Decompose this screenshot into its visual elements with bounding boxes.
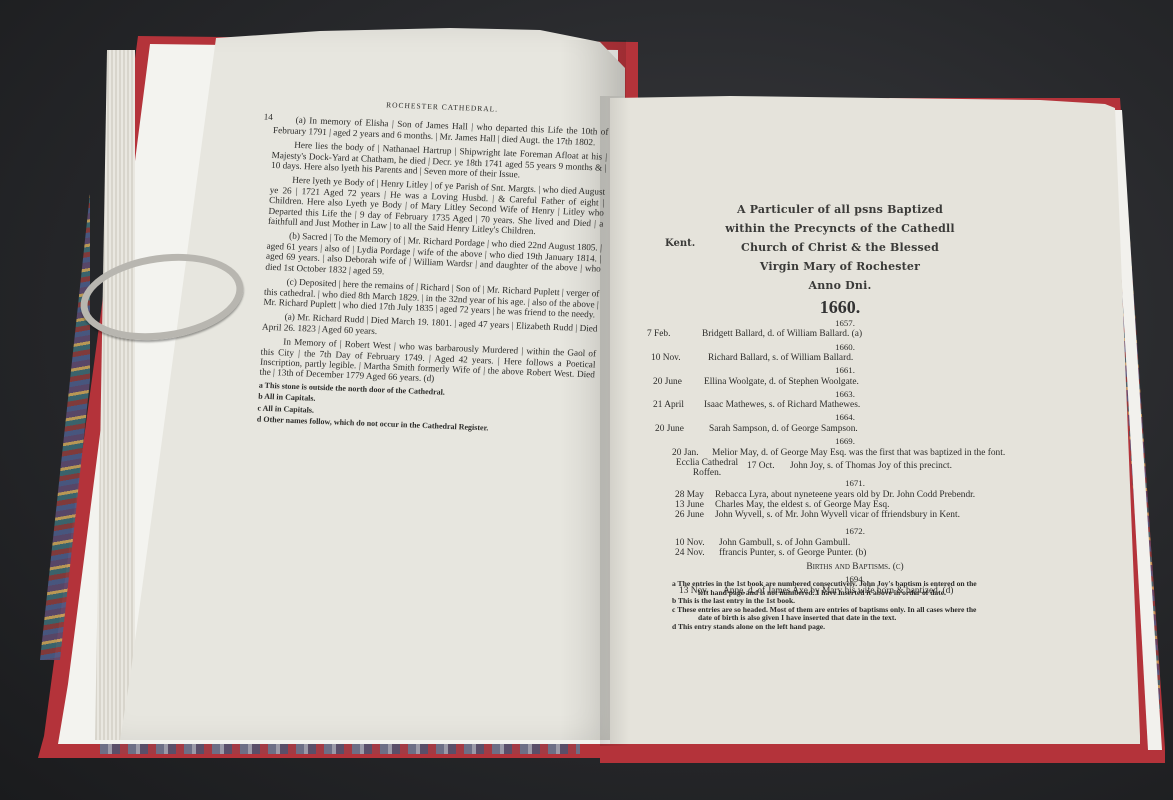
year-heading: 1660.	[655, 342, 1035, 352]
year-heading: 1671.	[665, 478, 1045, 488]
inscription-paragraph: Here lyeth ye Body of | Henry Litley | o…	[268, 174, 606, 239]
entry-date: 28 May	[675, 490, 715, 500]
entry-text: John Wyvell, s. of Mr. John Wyvell vicar…	[715, 510, 960, 520]
year-heading: 1661.	[655, 365, 1035, 375]
year-heading: 1669.	[655, 436, 1035, 446]
entry-date: 10 Nov.	[651, 353, 708, 363]
entry-date: 20 June	[653, 377, 704, 387]
section-heading: Births and Baptisms. (c)	[665, 562, 1045, 572]
side-label: Kent.	[665, 238, 695, 249]
register-entry: 10 Nov.Richard Ballard, s. of William Ba…	[651, 353, 853, 363]
entry-text: ffrancis Punter, s. of George Punter. (b…	[719, 548, 866, 558]
register-entry: 13 JuneCharles May, the eldest s. of Geo…	[675, 500, 889, 510]
inscription-paragraph: (b) Sacred | To the Memory of | Mr. Rich…	[265, 230, 602, 284]
entry-text: Bridgett Ballard, d. of William Ballard.…	[702, 329, 862, 339]
entry-text: Richard Ballard, s. of William Ballard.	[708, 353, 853, 363]
left-page-text: 14 ROCHESTER CATHEDRAL. (a) In memory of…	[257, 96, 610, 437]
register-entry: 20 JuneEllina Woolgate, d. of Stephen Wo…	[653, 377, 859, 387]
register-entry: 17 Oct.John Joy, s. of Thomas Joy of thi…	[747, 461, 952, 471]
right-page-title-block: Kent. A Particuler of all psns Baptized …	[655, 200, 1025, 318]
entry-date: 10 Nov.	[675, 538, 719, 548]
year-heading: 1664.	[655, 412, 1035, 422]
register-entry: 10 Nov.John Gambull, s. of John Gambull.	[675, 538, 850, 548]
entry-text: Rebacca Lyra, about nyneteene years old …	[715, 490, 975, 500]
register-entry: 24 Nov.ffrancis Punter, s. of George Pun…	[675, 548, 866, 558]
entry-text: John Gambull, s. of John Gambull.	[719, 538, 850, 548]
entry-date: 21 April	[653, 400, 704, 410]
title-line: A Particuler of all psns Baptized	[655, 200, 1025, 219]
year-heading: 1657.	[655, 318, 1035, 328]
entry-text: Isaac Mathewes, s. of Richard Mathewes.	[704, 400, 860, 410]
entry-date: 24 Nov.	[675, 548, 719, 558]
page-number: 14	[264, 112, 274, 123]
title-line: Church of Christ & the Blessed	[655, 238, 1025, 257]
register-entry: 20 JuneSarah Sampson, d. of George Samps…	[655, 424, 858, 434]
title-line: Anno Dni.	[655, 276, 1025, 295]
register-entry: 7 Feb.Bridgett Ballard, d. of William Ba…	[647, 329, 862, 339]
title-year: 1660.	[655, 297, 1025, 318]
register-entry: 21 AprilIsaac Mathewes, s. of Richard Ma…	[653, 400, 860, 410]
entry-text: Sarah Sampson, d. of George Sampson.	[709, 424, 858, 434]
entry-date: 26 June	[675, 510, 715, 520]
margin-note: Ecclia Cathedral Roffen.	[672, 458, 742, 478]
entry-date: 17 Oct.	[747, 461, 790, 471]
title-line: within the Precyncts of the Cathedll	[655, 219, 1025, 238]
entry-text: Ellina Woolgate, d. of Stephen Woolgate.	[704, 377, 859, 387]
entry-text: John Joy, s. of Thomas Joy of this preci…	[790, 461, 952, 471]
entry-date: 7 Feb.	[647, 329, 702, 339]
right-page-footnotes: a The entries in the 1st book are number…	[672, 580, 1017, 632]
year-heading: 1663.	[655, 389, 1035, 399]
year-heading: 1672.	[665, 526, 1045, 536]
entry-date: 20 Jan.	[672, 448, 712, 458]
entry-text: Melior May, d. of George May Esq. was th…	[712, 448, 1005, 458]
title-line: Virgin Mary of Rochester	[655, 257, 1025, 276]
register-entry: 26 JuneJohn Wyvell, s. of Mr. John Wyvel…	[675, 510, 960, 520]
entry-date: 13 June	[675, 500, 715, 510]
entry-date: 20 June	[655, 424, 709, 434]
register-entry: 20 Jan.Melior May, d. of George May Esq.…	[672, 448, 1005, 458]
entry-text: Charles May, the eldest s. of George May…	[715, 500, 889, 510]
footnote: d This entry stands alone on the left ha…	[672, 623, 1017, 632]
register-entry: 28 MayRebacca Lyra, about nyneteene year…	[675, 490, 975, 500]
